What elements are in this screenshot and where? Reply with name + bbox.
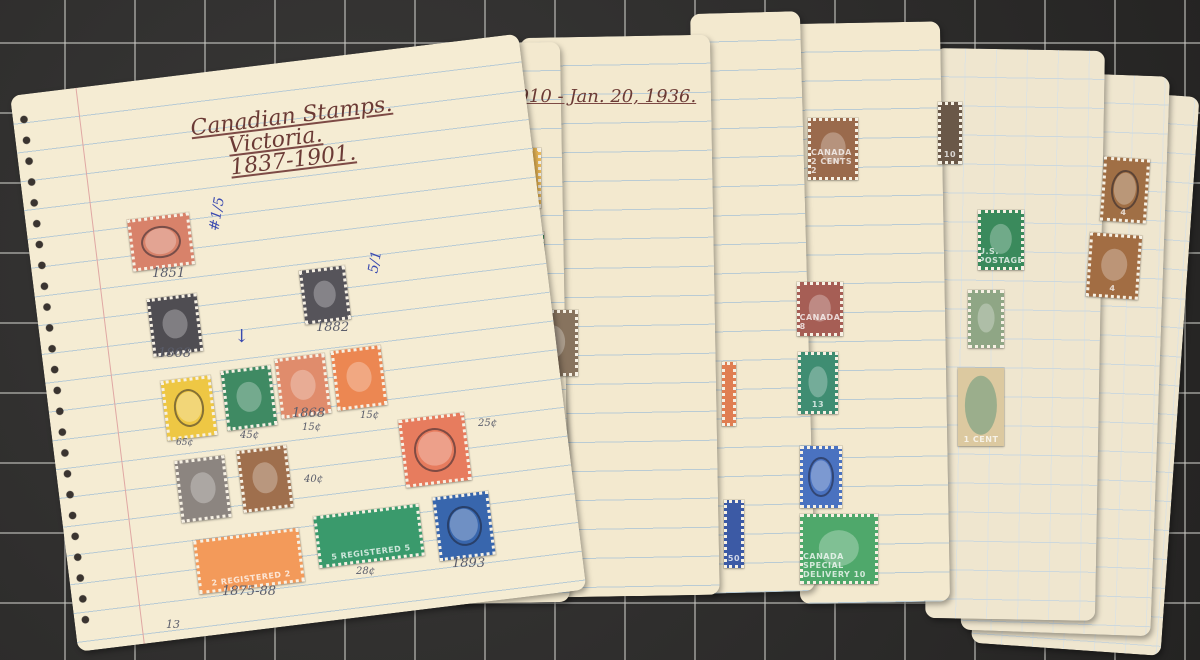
stamp-1c-yellow <box>161 375 218 441</box>
note-1875-88: 1875-88 <box>222 584 276 599</box>
note-price-65: 65¢ <box>176 438 193 448</box>
note-1893: 1893 <box>452 556 485 571</box>
note-1868-b: 1868 <box>292 406 325 421</box>
stamp-war-13c: 13 <box>798 352 838 414</box>
margin-line <box>76 88 145 644</box>
stamp-taft-4c: 4 <box>1086 232 1142 299</box>
stamp-special-delivery-10c: CANADA SPECIAL DELIVERY 10 <box>800 514 878 584</box>
note-1882: 1882 <box>316 320 349 335</box>
stamp-blue-50c: 50 <box>724 500 744 568</box>
stamp-us-4c-brown-a: 4 <box>1100 156 1150 223</box>
blue-arrow-icon: ↓ <box>234 326 249 347</box>
note-price-45: 45¢ <box>240 430 259 441</box>
stamp-registration-15c <box>398 412 472 488</box>
stamp-widow-weeds <box>432 491 495 561</box>
note-price-25: 25¢ <box>478 418 497 429</box>
note-1868-a: 1868 <box>158 346 191 361</box>
stamp-envelope-cut: 1 CENT <box>958 368 1004 446</box>
stamp-small-queen-half <box>299 265 351 324</box>
stamp-franklin-pale <box>968 290 1004 348</box>
stamp-6c-brown <box>236 445 293 513</box>
stamp-blue-war <box>800 446 842 508</box>
note-price-15b: 15¢ <box>360 410 379 421</box>
note-price-28: 28¢ <box>356 566 375 577</box>
stamp-brown-revenue: 10 <box>938 102 962 164</box>
stamp-beaver-3d <box>127 212 195 271</box>
stamp-5c-grey <box>174 455 231 523</box>
stamp-2c-green <box>221 365 278 431</box>
note-price-40: 40¢ <box>304 474 323 485</box>
stamp-red-partial <box>722 362 736 426</box>
photo-scene: 4 4 U.S. POSTAGE 1 CENT 10 CANADA 2 CENT… <box>0 0 1200 660</box>
stamp-3c-orange <box>331 345 388 411</box>
stamp-franklin-green: U.S. POSTAGE <box>978 210 1024 270</box>
note-page-number: 13 <box>166 618 180 631</box>
note-1851: 1851 <box>152 266 185 281</box>
stamp-king-george-2c: CANADA 2 CENTS 2 <box>808 118 858 180</box>
stamp-war-8c: CANADA 8 <box>797 282 843 336</box>
second-page-title: 1910 - Jan. 20, 1936. <box>506 86 696 107</box>
note-price-15a: 15¢ <box>302 422 321 433</box>
binder-holes <box>18 114 91 631</box>
